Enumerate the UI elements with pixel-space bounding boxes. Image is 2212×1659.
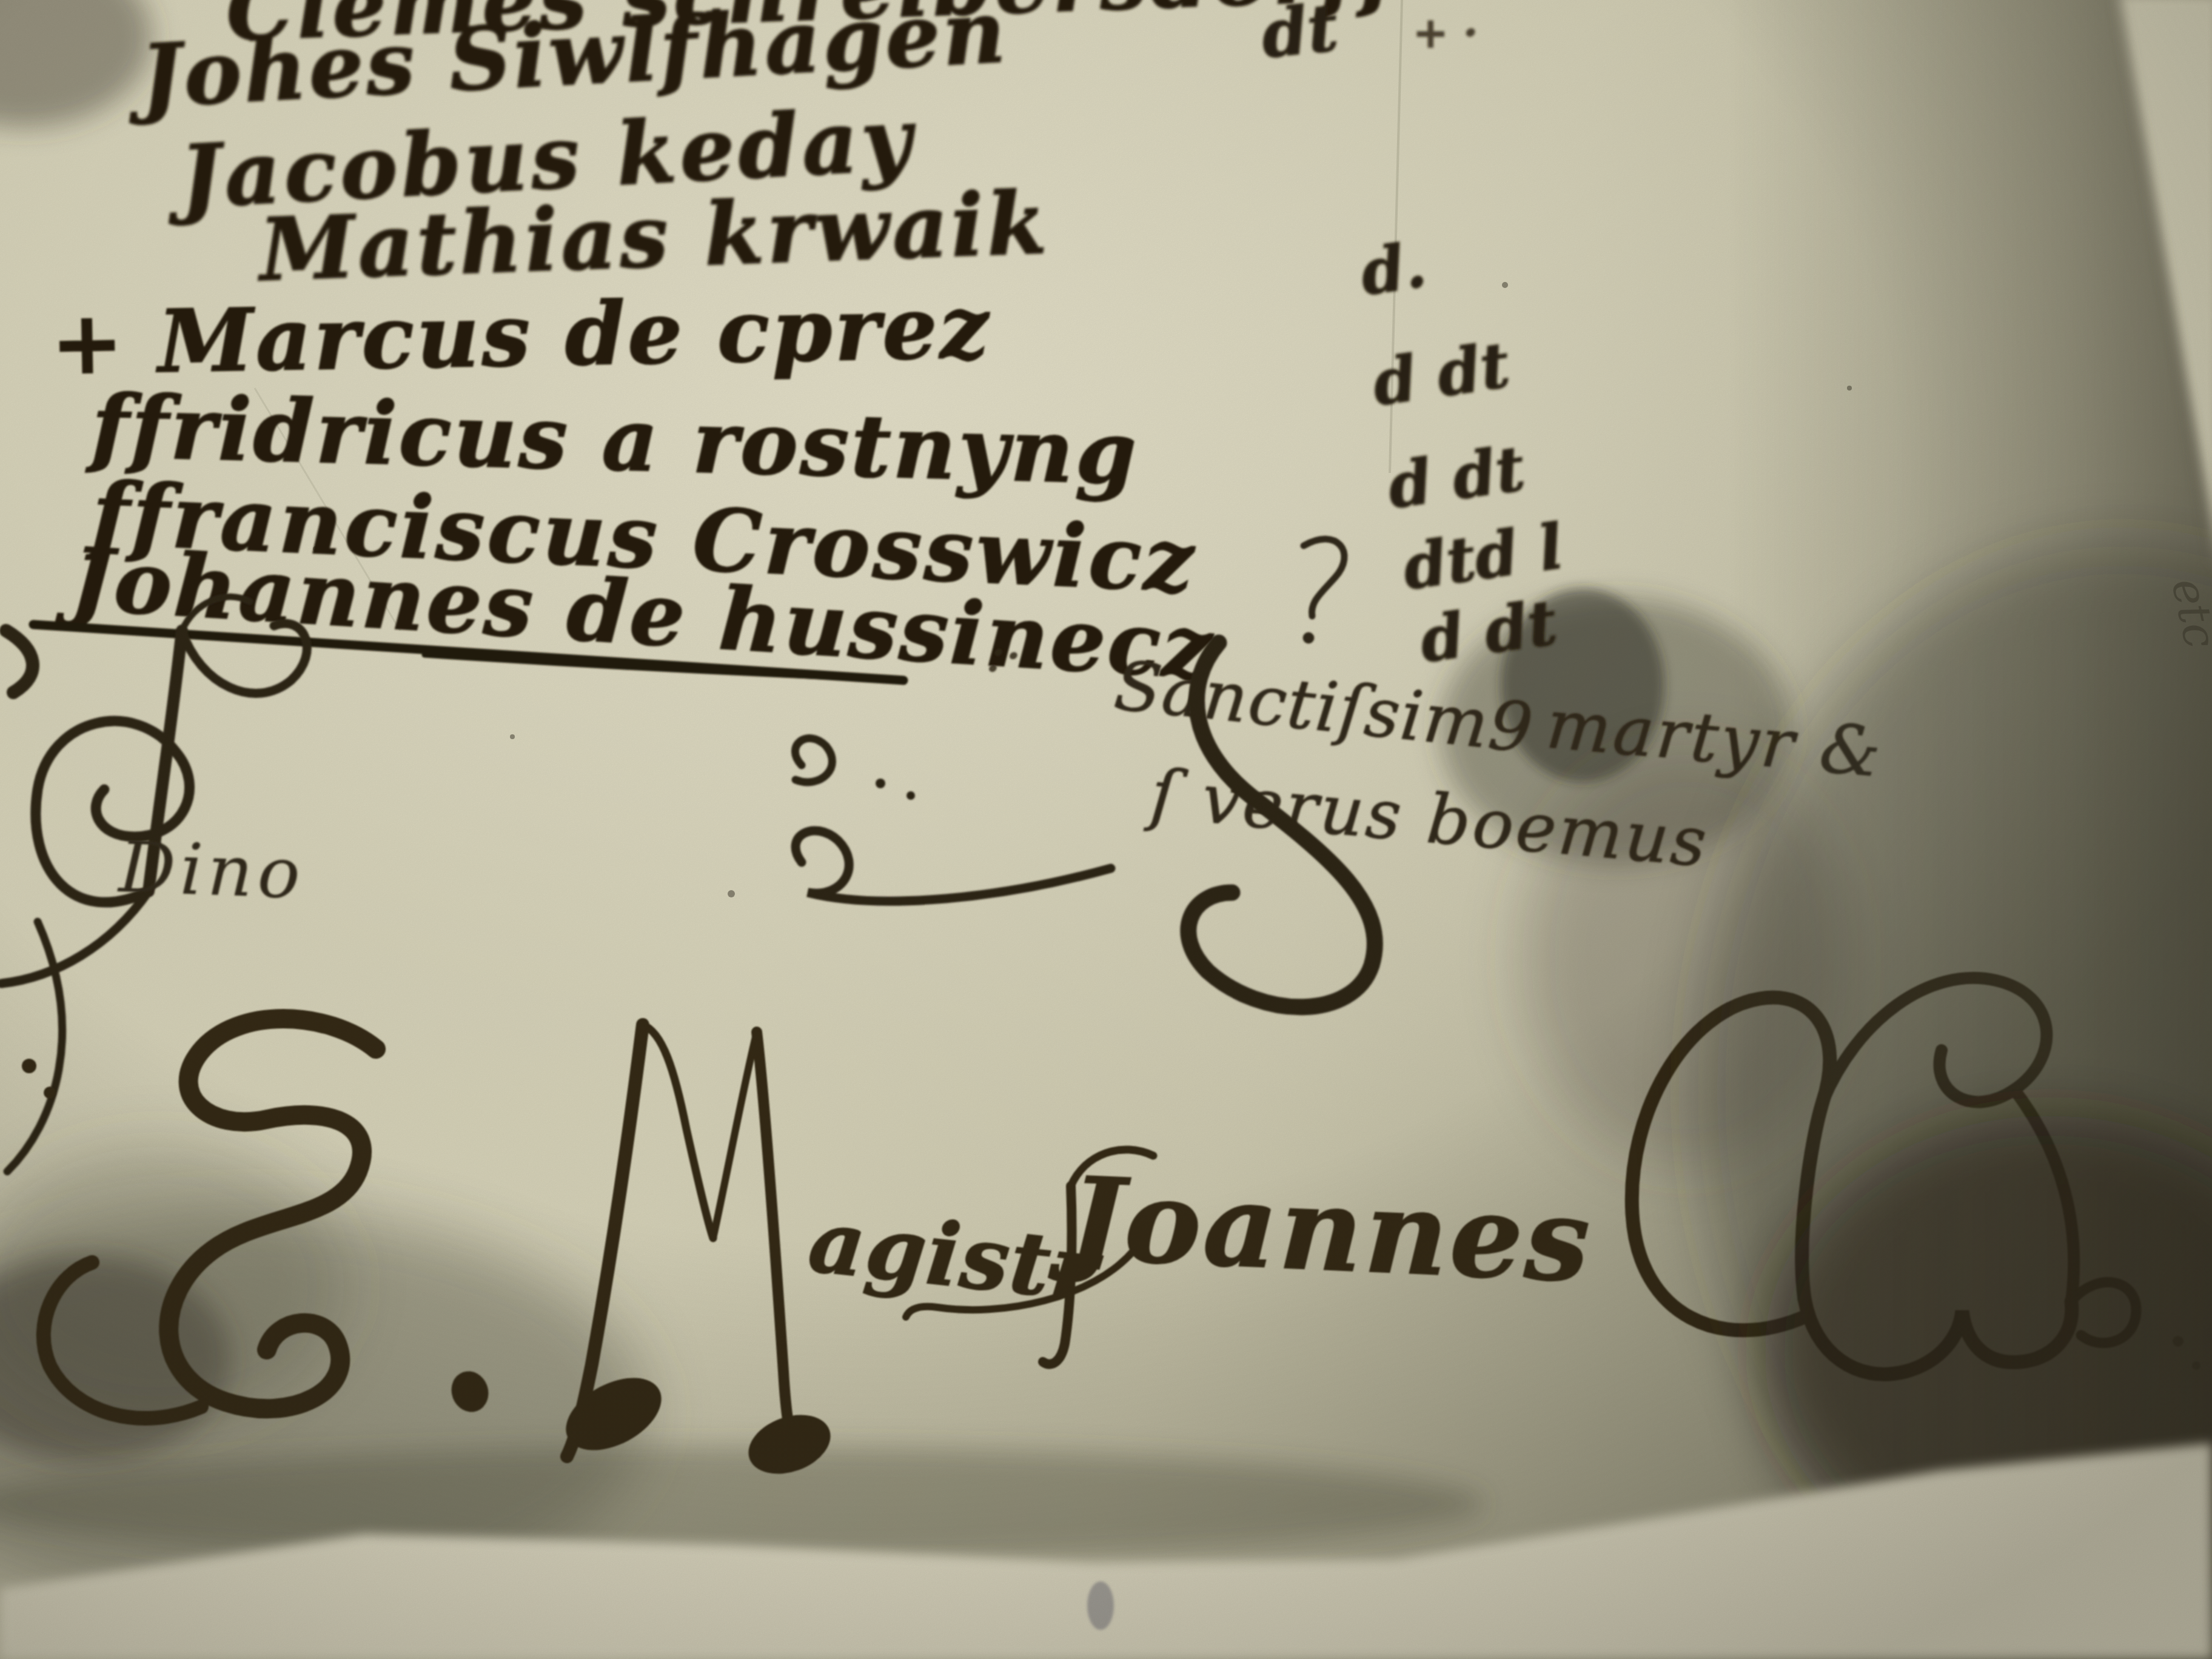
manuscript-layers: Clemes schreibersdorff Johes Siwlfhagen … [0,0,2212,1659]
manuscript-photo: Clemes schreibersdorff Johes Siwlfhagen … [0,0,2212,1659]
grain-overlay [0,0,2212,1659]
